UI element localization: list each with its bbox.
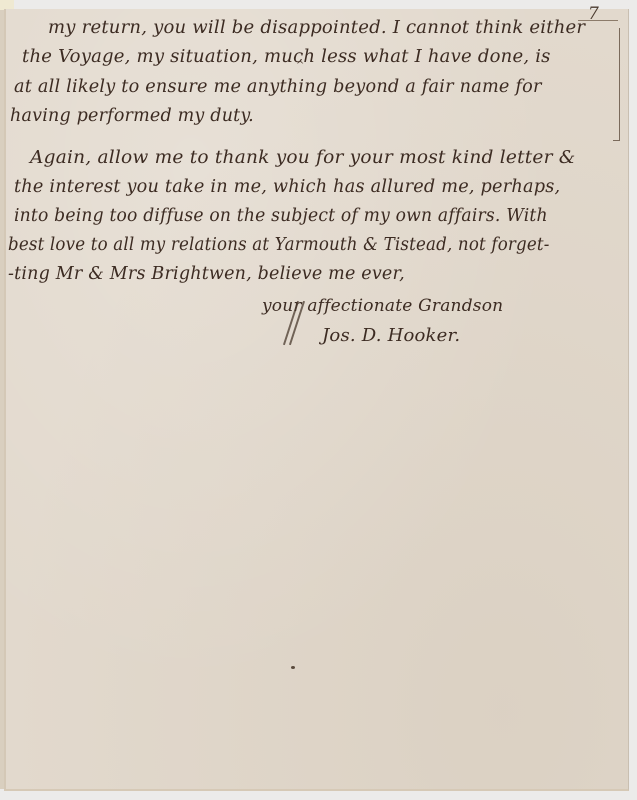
letter-signature: Jos. D. Hooker. [322, 325, 460, 346]
letter-line-7: into being too diffuse on the subject of… [14, 206, 548, 226]
letter-line-9: -ting Mr & Mrs Brightwen, believe me eve… [8, 264, 405, 284]
insertion-caret: ^ [296, 60, 304, 71]
letter-line-3: at all likely to ensure me anything beyo… [14, 77, 542, 97]
letter-line-1: my return, you will be disappointed. I c… [48, 18, 585, 38]
ink-speck [291, 666, 295, 669]
letter-line-8: best love to all my relations at Yarmout… [8, 235, 550, 255]
letter-line-6: the interest you take in me, which has a… [14, 177, 560, 197]
letter-line-2: the Voyage, my situation, much less what… [22, 47, 551, 67]
letter-body: my return, you will be disappointed. I c… [0, 0, 637, 800]
letter-line-5: Again, allow me to thank you for your mo… [30, 148, 576, 168]
letter-line-4: having performed my duty. [10, 106, 254, 126]
